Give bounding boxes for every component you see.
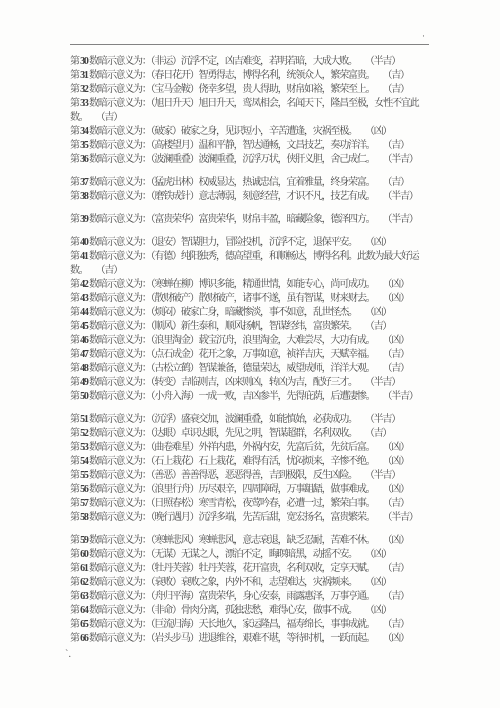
entry-line-47: 第 47 数暗示意义为：（点石成金）花开之象，万事如意，祯祥吉庆，天赋幸福。（吉… (70, 348, 432, 362)
entry-prefix: 第 (70, 456, 80, 467)
entry-rating: （半吉） (365, 414, 400, 425)
entry-description: 温和平静，智达通畅，文昌技艺，奏功洋洋。 (198, 140, 374, 151)
entry-rating: （半吉） (382, 214, 417, 225)
entry-description: 载宝沉舟，浪里淘金，大难尝尽，大功有成。 (198, 335, 374, 346)
entry-prefix: 第 (70, 363, 80, 374)
entry-number: 59 (80, 535, 88, 546)
entry-rating: （吉） (382, 140, 408, 151)
entry-description: 一成一败，吉凶参半，先得庇荫，后遭凄惨。 (198, 391, 374, 402)
entry-rating: （凶） (382, 456, 408, 467)
entry-line-64: 第 64 数暗示意义为：（非命）骨肉分离，孤独悲愁，难得心安，做事不成。（凶） (70, 604, 432, 618)
entry-line-58: 第 58 数暗示意义为：（晚行遇月）沉浮多端，先苦后甜，宽宏扬名，富贵繁荣。（半… (70, 511, 432, 525)
entry-description: 博识多能，精通世情，如能专心，尚可成功。 (198, 279, 374, 290)
bottom-left-artifact-mark: `. (64, 648, 72, 660)
entry-prefix: 第 (70, 633, 80, 644)
entry-rating: （凶） (365, 237, 391, 248)
top-right-artifact-mark: · (422, 31, 425, 41)
entry-title: （达眼） (151, 428, 181, 439)
entry-rating: （吉） (382, 349, 408, 360)
entry-number: 60 (80, 549, 88, 560)
entry-line-45: 第 45 数暗示意义为：（顺风）新生泰和，顺风扬帆，智谋经纬，富贵繁荣。（吉） (70, 320, 432, 334)
entry-line-30: 第 30 数暗示意义为：（非运）沉浮不定，凶吉难变，若明若暗，大成大败。（半吉） (70, 55, 432, 69)
entry-line-41: 第 41 数暗示意义为：（有德）纯阳独秀，德高望重，和顺畅达，博得名利。此数为最… (70, 250, 432, 278)
entry-rating: （凶） (382, 279, 408, 290)
entry-suffix: 数暗示意义为： (88, 456, 151, 467)
entry-suffix: 数暗示意义为： (88, 442, 151, 453)
entry-description: 进退维谷，艰难不堪，等待时机，一跃而起。 (198, 633, 374, 644)
entry-prefix: 第 (70, 279, 80, 290)
entry-group-5: 第 51 数暗示意义为：（沉浮）盛衰交加，波澜重叠，如能慎始，必获成功。（半吉）… (70, 413, 432, 525)
entry-description: 吉临则吉，凶来则凶，转凶为吉，配好三才。 (181, 377, 357, 388)
entry-suffix: 数暗示意义为： (88, 321, 151, 332)
entry-description: 新生泰和，顺风扬帆，智谋经纬，富贵繁荣。 (181, 321, 357, 332)
entry-number: 55 (80, 470, 88, 481)
entry-prefix: 第 (70, 56, 80, 67)
entry-description: 智谋兼备，德量荣达，威望成师，洋洋大观。 (198, 363, 374, 374)
entry-number: 43 (80, 293, 88, 304)
entry-suffix: 数暗示意义为： (88, 633, 151, 644)
entry-group-6: 第 59 数暗示意义为：（寒蝉悲风）寒蝉悲风，意志衰退，缺乏忍耐，苦难不休。（凶… (70, 534, 432, 646)
entry-line-43: 第 43 数暗示意义为：（散财破产）散财破产，诸事不遂，虽有智谋，财来财去。（凶… (70, 292, 432, 306)
entry-number: 32 (80, 84, 88, 95)
entry-description: 卓识达眼，先见之明，智谋超群，名利双收。 (181, 428, 357, 439)
entry-line-49: 第 49 数暗示意义为：（转变）吉临则吉，凶来则凶，转凶为吉，配好三才。（半吉） (70, 376, 432, 390)
entry-description: 牡丹芙蓉，花开富贵，名利双收，定享天赋。 (198, 563, 374, 574)
entry-title: （小舟入海） (151, 391, 199, 402)
entry-number: 33 (80, 98, 88, 109)
entry-rating: （凶） (365, 549, 391, 560)
entry-line-39: 第 39 数暗示意义为：（富贵荣华）富贵荣华，财帛丰盈，暗藏险象，德泽四方。（半… (70, 213, 432, 227)
entry-prefix: 第 (70, 577, 80, 588)
entry-line-61: 第 61 数暗示意义为：（牡丹芙蓉）牡丹芙蓉，花开富贵，名利双收，定享天赋。（吉… (70, 562, 432, 576)
entry-number: 49 (80, 377, 88, 388)
entry-suffix: 数暗示意义为： (88, 535, 151, 546)
entry-rating: （吉） (382, 84, 408, 95)
entry-line-55: 第 55 数暗示意义为：（善恶）善善得恶，恶恶得善，吉到极限，反生凶险。（半吉） (70, 469, 432, 483)
entry-prefix: 第 (70, 293, 80, 304)
entry-description: 破家之身，见识短小，辛苦遭逢，灾祸至极。 (181, 126, 357, 137)
entry-suffix: 数暗示意义为： (88, 591, 151, 602)
entry-number: 37 (80, 177, 88, 188)
entry-number: 57 (80, 498, 88, 509)
entry-rating: （凶） (382, 442, 408, 453)
entry-line-52: 第 52 数暗示意义为：（达眼）卓识达眼，先见之明，智谋超群，名利双收。（吉） (70, 427, 432, 441)
entry-title: （浪里淘金） (151, 335, 199, 346)
entry-title: （高楼望月） (151, 140, 199, 151)
entry-prefix: 第 (70, 321, 80, 332)
entry-line-40: 第 40 数暗示意义为：（退安）智谋胆力，冒险投机，沉浮不定，退保平安。（凶） (70, 236, 432, 250)
entry-suffix: 数暗示意义为： (88, 391, 151, 402)
entry-suffix: 数暗示意义为： (88, 98, 151, 109)
entry-line-60: 第 60 数暗示意义为：（无谋）无谋之人，漂泊不定，晦暝暗黑，动摇不安。（凶） (70, 548, 432, 562)
entry-line-36: 第 36 数暗示意义为：（波澜重叠）波澜重叠，沉浮万状，侠肝义胆，舍己成仁。（半… (70, 153, 432, 167)
header-rule (70, 44, 429, 45)
entry-title: （富贵荣华） (151, 214, 199, 225)
entry-suffix: 数暗示意义为： (88, 484, 151, 495)
entry-suffix: 数暗示意义为： (88, 563, 151, 574)
entry-line-51: 第 51 数暗示意义为：（沉浮）盛衰交加，波澜重叠，如能慎始，必获成功。（半吉） (70, 413, 432, 427)
entry-suffix: 数暗示意义为： (88, 349, 151, 360)
entry-prefix: 第 (70, 377, 80, 388)
entry-description: 石上栽花，难得有活，忧闷烦来，辛惨不绝。 (198, 456, 374, 467)
entry-description: 沉浮多端，先苦后甜，宽宏扬名，富贵繁荣。 (198, 512, 374, 523)
entry-description: 富贵荣华，身心安泰，雨露惠泽，万事亨通。 (198, 591, 374, 602)
entry-suffix: 数暗示意义为： (88, 237, 151, 248)
entry-title: （寒蝉悲风） (151, 535, 199, 546)
entry-title: （巨流归海） (151, 619, 199, 630)
entry-number: 51 (80, 414, 88, 425)
entry-prefix: 第 (70, 484, 80, 495)
entry-prefix: 第 (70, 563, 80, 574)
entry-number: 42 (80, 279, 88, 290)
entry-rating: （凶） (382, 293, 408, 304)
entry-rating: （凶） (365, 307, 391, 318)
entry-number: 52 (80, 428, 88, 439)
entry-rating: （凶） (365, 605, 391, 616)
entry-rating: （吉） (365, 428, 391, 439)
entry-suffix: 数暗示意义为： (88, 191, 151, 202)
entry-number: 34 (80, 126, 88, 137)
entry-number: 35 (80, 140, 88, 151)
entry-rating: （半吉） (382, 391, 417, 402)
entry-number: 36 (80, 154, 88, 165)
entry-suffix: 数暗示意义为： (88, 512, 151, 523)
entry-description: 无谋之人，漂泊不定，晦暝暗黑，动摇不安。 (181, 549, 357, 560)
entry-description: 破家亡身，暗藏惨淡，事不如意，乱世怪杰。 (181, 307, 357, 318)
entry-prefix: 第 (70, 428, 80, 439)
entry-rating: （凶） (382, 633, 408, 644)
entry-suffix: 数暗示意义为： (88, 619, 151, 630)
entry-rating: （吉） (365, 321, 391, 332)
entry-title: （牡丹芙蓉） (151, 563, 199, 574)
entry-prefix: 第 (70, 391, 80, 402)
entry-number: 40 (80, 237, 88, 248)
entry-suffix: 数暗示意义为： (88, 70, 151, 81)
entry-suffix: 数暗示意义为： (88, 84, 151, 95)
entry-prefix: 第 (70, 335, 80, 346)
entry-prefix: 第 (70, 470, 80, 481)
entry-rating: （半吉） (365, 377, 400, 388)
entry-title: （点石成金） (151, 349, 199, 360)
entry-description: 善善得恶，恶恶得善，吉到极限，反生凶险。 (181, 470, 357, 481)
entry-description: 天长地久，家运隆昌，福寿绵长，事事成就。 (198, 619, 374, 630)
entry-number: 62 (80, 577, 88, 588)
entry-description: 权威显达，热诚忠信，宜着雅量，终身荣富。 (198, 177, 374, 188)
entry-description: 衰败之象，内外不和，志望难达，灾祸频来。 (181, 577, 357, 588)
entry-number: 41 (80, 251, 88, 262)
entry-suffix: 数暗示意义为： (88, 605, 151, 616)
entry-number: 31 (80, 70, 88, 81)
entry-suffix: 数暗示意义为： (88, 414, 151, 425)
entry-prefix: 第 (70, 237, 80, 248)
entry-rating: （半吉） (382, 191, 417, 202)
entry-number: 48 (80, 363, 88, 374)
entry-description: 骨肉分离，孤独悲愁，难得心安，做事不成。 (181, 605, 357, 616)
entry-title: （曲卷难星） (151, 442, 199, 453)
entry-description: 盛衰交加，波澜重叠，如能慎始，必获成功。 (181, 414, 357, 425)
entry-title: （善恶） (151, 470, 181, 481)
entry-number: 66 (80, 633, 88, 644)
entry-title: （旭日升天） (151, 98, 199, 109)
entry-suffix: 数暗示意义为： (88, 307, 151, 318)
entry-number: 30 (80, 56, 88, 67)
entry-group-1: 第 30 数暗示意义为：（非运）沉浮不定，凶吉难变，若明若暗，大成大败。（半吉）… (70, 55, 432, 167)
entry-rating: （凶） (382, 535, 408, 546)
entry-line-35: 第 35 数暗示意义为：（高楼望月）温和平静，智达通畅，文昌技艺，奏功洋洋。（吉… (70, 139, 432, 153)
entry-title: （破家） (151, 126, 181, 137)
entry-title: （非运） (151, 56, 181, 67)
entry-group-4: 第 40 数暗示意义为：（退安）智谋胆力，冒险投机，沉浮不定，退保平安。（凶）第… (70, 236, 432, 404)
entry-number: 45 (80, 321, 88, 332)
entry-title: （磨铁成针） (151, 191, 199, 202)
entry-rating: （吉） (96, 265, 122, 276)
entry-suffix: 数暗示意义为： (88, 251, 151, 262)
entry-title: （散财破产） (151, 293, 199, 304)
entry-line-56: 第 56 数暗示意义为：（浪里行舟）历尽艰辛，四周障碍，万事龃龉，做事难成。（凶… (70, 483, 432, 497)
entry-rating: （吉） (382, 498, 408, 509)
entry-description: 花开之象，万事如意，祯祥吉庆，天赋幸福。 (198, 349, 374, 360)
entry-suffix: 数暗示意义为： (88, 177, 151, 188)
entry-title: （有德） (151, 251, 181, 262)
entry-title: （退安） (151, 237, 181, 248)
entry-prefix: 第 (70, 251, 80, 262)
entry-prefix: 第 (70, 512, 80, 523)
entry-number: 38 (80, 191, 88, 202)
document-page: · 第 30 数暗示意义为：（非运）沉浮不定，凶吉难变，若明若暗，大成大败。（半… (0, 0, 500, 708)
entry-line-54: 第 54 数暗示意义为：（石上栽花）石上栽花，难得有活，忧闷烦来，辛惨不绝。（凶… (70, 455, 432, 469)
entry-prefix: 第 (70, 98, 80, 109)
entry-number: 46 (80, 335, 88, 346)
entry-rating: （凶） (382, 335, 408, 346)
entry-rating: （吉） (382, 363, 408, 374)
entry-line-63: 第 63 数暗示意义为：（舟归平海）富贵荣华，身心安泰，雨露惠泽，万事亨通。（吉… (70, 590, 432, 604)
entry-rating: （吉） (96, 112, 122, 123)
entry-title: （宝马金鞍） (151, 84, 199, 95)
entry-prefix: 第 (70, 126, 80, 137)
entry-number: 64 (80, 605, 88, 616)
entry-line-48: 第 48 数暗示意义为：（古松立鹤）智谋兼备，德量荣达，威望成师，洋洋大观。（吉… (70, 362, 432, 376)
entry-rating: （吉） (382, 177, 408, 188)
entry-title: （春日花开） (151, 70, 199, 81)
entry-prefix: 第 (70, 442, 80, 453)
entry-line-31: 第 31 数暗示意义为：（春日花开）智勇得志，博得名利，统领众人，繁荣富贵。（吉… (70, 69, 432, 83)
entry-number: 53 (80, 442, 88, 453)
entry-suffix: 数暗示意义为： (88, 363, 151, 374)
entry-description: 散财破产，诸事不遂，虽有智谋，财来财去。 (198, 293, 374, 304)
entry-number: 47 (80, 349, 88, 360)
entry-line-66: 第 66 数暗示意义为：（岩头步马）进退维谷，艰难不堪，等待时机，一跃而起。（凶… (70, 632, 432, 646)
entry-suffix: 数暗示意义为： (88, 577, 151, 588)
entry-rating: （半吉） (382, 154, 417, 165)
entry-rating: （半吉） (365, 56, 400, 67)
entry-number: 39 (80, 214, 88, 225)
entry-suffix: 数暗示意义为： (88, 470, 151, 481)
entry-rating: （吉） (382, 591, 408, 602)
entry-description: 波澜重叠，沉浮万状，侠肝义胆，舍己成仁。 (198, 154, 374, 165)
entry-title: （波澜重叠） (151, 154, 199, 165)
entry-title: （无谋） (151, 549, 181, 560)
entry-title: （晚行遇月） (151, 512, 199, 523)
entry-suffix: 数暗示意义为： (88, 154, 151, 165)
entry-description: 沉浮不定，凶吉难变，若明若暗，大成大败。 (181, 56, 357, 67)
entry-rating: （半吉） (382, 512, 417, 523)
entry-line-46: 第 46 数暗示意义为：（浪里淘金）载宝沉舟，浪里淘金，大难尝尽，大功有成。（凶… (70, 334, 432, 348)
entry-suffix: 数暗示意义为： (88, 214, 151, 225)
entry-description: 智谋胆力，冒险投机，沉浮不定，退保平安。 (181, 237, 357, 248)
entry-number: 63 (80, 591, 88, 602)
entry-number: 61 (80, 563, 88, 574)
entry-rating: （半吉） (365, 470, 400, 481)
entry-rating: （吉） (382, 619, 408, 630)
entry-line-57: 第 57 数暗示意义为：（日照春松）寒雪青松，夜莺吟春，必遭一过，繁荣白事。（吉… (70, 497, 432, 511)
entry-suffix: 数暗示意义为： (88, 377, 151, 388)
entry-title: （烦闷） (151, 307, 181, 318)
entry-prefix: 第 (70, 619, 80, 630)
entry-line-53: 第 53 数暗示意义为：（曲卷难星）外祥内患，外祸内安，先富后贫，先贫后富。（凶… (70, 441, 432, 455)
entry-description: 侥幸多望，贵人得助，财帛如裕，繁荣至上。 (198, 84, 374, 95)
entry-title: （非命） (151, 605, 181, 616)
entry-prefix: 第 (70, 70, 80, 81)
entry-prefix: 第 (70, 307, 80, 318)
entry-title: （沉浮） (151, 414, 181, 425)
entry-title: （古松立鹤） (151, 363, 199, 374)
entry-line-37: 第 37 数暗示意义为：（猛虎出林）权威显达，热诚忠信，宜着雅量，终身荣富。（吉… (70, 176, 432, 190)
entry-line-44: 第 44 数暗示意义为：（烦闷）破家亡身，暗藏惨淡，事不如意，乱世怪杰。（凶） (70, 306, 432, 320)
entry-number: 65 (80, 619, 88, 630)
entry-title: （岩头步马） (151, 633, 199, 644)
entry-line-32: 第 32 数暗示意义为：（宝马金鞍）侥幸多望，贵人得助，财帛如裕，繁荣至上。（吉… (70, 83, 432, 97)
entry-description: 寒雪青松，夜莺吟春，必遭一过，繁荣白事。 (198, 498, 374, 509)
entry-prefix: 第 (70, 214, 80, 225)
entry-title: （转变） (151, 377, 181, 388)
entry-prefix: 第 (70, 605, 80, 616)
entry-suffix: 数暗示意义为： (88, 549, 151, 560)
entry-line-33: 第 33 数暗示意义为：（旭日升天）旭日升天，鸾凤相会，名闻天下，隆昌至极，女性… (70, 97, 432, 125)
entry-description: 智勇得志，博得名利，统领众人，繁荣富贵。 (198, 70, 374, 81)
entry-description: 外祥内患，外祸内安，先富后贫，先贫后富。 (198, 442, 374, 453)
entry-title: （衰败） (151, 577, 181, 588)
entry-prefix: 第 (70, 549, 80, 560)
entry-title: （舟归平海） (151, 591, 199, 602)
entry-number: 50 (80, 391, 88, 402)
entry-rating: （凶） (365, 577, 391, 588)
entry-prefix: 第 (70, 349, 80, 360)
entry-line-59: 第 59 数暗示意义为：（寒蝉悲风）寒蝉悲风，意志衰退，缺乏忍耐，苦难不休。（凶… (70, 534, 432, 548)
entry-line-50: 第 50 数暗示意义为：（小舟入海）一成一败，吉凶参半，先得庇荫，后遭凄惨。（半… (70, 390, 432, 404)
entry-description: 寒蝉悲风，意志衰退，缺乏忍耐，苦难不休。 (198, 535, 374, 546)
entry-prefix: 第 (70, 535, 80, 546)
entry-line-34: 第 34 数暗示意义为：（破家）破家之身，见识短小，辛苦遭逢，灾祸至极。（凶） (70, 125, 432, 139)
entry-rating: （凶） (365, 126, 391, 137)
entry-title: （猛虎出林） (151, 177, 199, 188)
entry-number: 44 (80, 307, 88, 318)
entry-line-42: 第 42 数暗示意义为：（寒蝉在柳）博识多能，精通世情，如能专心，尚可成功。（凶… (70, 278, 432, 292)
entry-title: （日照春松） (151, 498, 199, 509)
entry-description: 意志薄弱，刻意经营，才识不凡，技艺有成。 (198, 191, 374, 202)
entry-suffix: 数暗示意义为： (88, 498, 151, 509)
entry-prefix: 第 (70, 591, 80, 602)
entry-number: 58 (80, 512, 88, 523)
entry-line-38: 第 38 数暗示意义为：（磨铁成针）意志薄弱，刻意经营，才识不凡，技艺有成。（半… (70, 190, 432, 204)
entry-prefix: 第 (70, 154, 80, 165)
entry-suffix: 数暗示意义为： (88, 56, 151, 67)
entry-prefix: 第 (70, 177, 80, 188)
entry-description: 富贵荣华，财帛丰盈，暗藏险象，德泽四方。 (198, 214, 374, 225)
entry-prefix: 第 (70, 84, 80, 95)
entry-suffix: 数暗示意义为： (88, 293, 151, 304)
entry-rating: （凶） (382, 484, 408, 495)
entry-line-62: 第 62 数暗示意义为：（衰败）衰败之象，内外不和，志望难达，灾祸频来。（凶） (70, 576, 432, 590)
entry-title: （浪里行舟） (151, 484, 199, 495)
entry-rating: （吉） (382, 563, 408, 574)
entry-title: （顺风） (151, 321, 181, 332)
entry-suffix: 数暗示意义为： (88, 140, 151, 151)
entry-suffix: 数暗示意义为： (88, 126, 151, 137)
entry-number: 54 (80, 456, 88, 467)
entry-title: （石上栽花） (151, 456, 199, 467)
entry-rating: （吉） (382, 70, 408, 81)
entry-description: 历尽艰辛，四周障碍，万事龃龉，做事难成。 (198, 484, 374, 495)
entry-prefix: 第 (70, 191, 80, 202)
entry-group-2: 第 37 数暗示意义为：（猛虎出林）权威显达，热诚忠信，宜着雅量，终身荣富。（吉… (70, 176, 432, 204)
entry-suffix: 数暗示意义为： (88, 279, 151, 290)
entry-group-3: 第 39 数暗示意义为：（富贵荣华）富贵荣华，财帛丰盈，暗藏险象，德泽四方。（半… (70, 213, 432, 227)
entry-prefix: 第 (70, 414, 80, 425)
entry-title: （寒蝉在柳） (151, 279, 199, 290)
document-body: 第 30 数暗示意义为：（非运）沉浮不定，凶吉难变，若明若暗，大成大败。（半吉）… (70, 55, 432, 655)
entry-suffix: 数暗示意义为： (88, 428, 151, 439)
entry-line-65: 第 65 数暗示意义为：（巨流归海）天长地久，家运隆昌，福寿绵长，事事成就。（吉… (70, 618, 432, 632)
entry-prefix: 第 (70, 140, 80, 151)
entry-number: 56 (80, 484, 88, 495)
entry-prefix: 第 (70, 498, 80, 509)
entry-suffix: 数暗示意义为： (88, 335, 151, 346)
